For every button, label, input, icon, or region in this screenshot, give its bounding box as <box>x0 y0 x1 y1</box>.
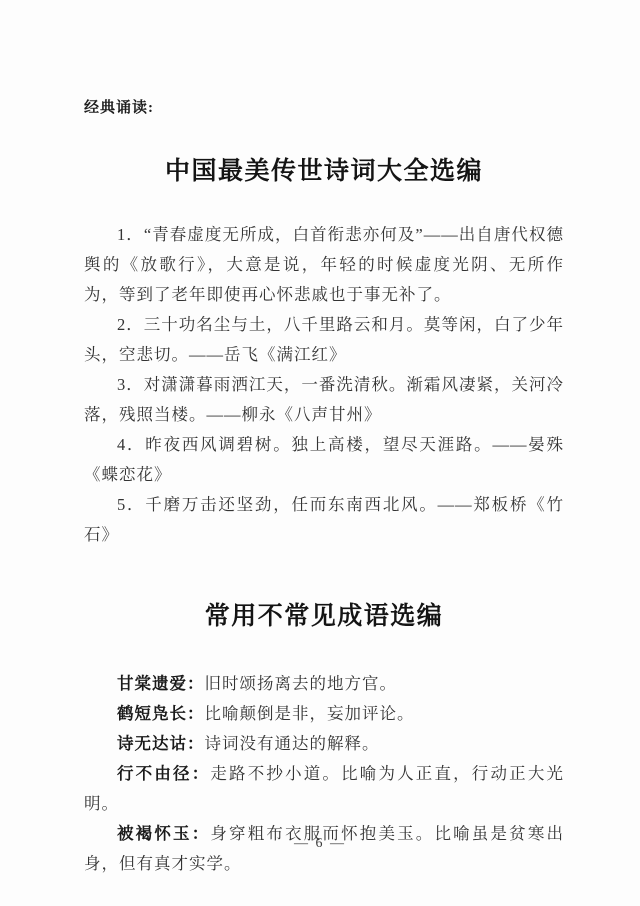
idiom-definition: 诗词没有通达的解释。 <box>205 734 380 753</box>
idiom-row: 行不由径：走路不抄小道。比喻为人正直，行动正大光明。 <box>84 759 564 819</box>
idiom-term: 鹤短凫长： <box>117 704 205 723</box>
poem-item-5: 5．千磨万击还坚劲，任而东南西北风。——郑板桥《竹石》 <box>84 490 564 550</box>
poem-item-3: 3．对潇潇暮雨洒江天，一番洗清秋。渐霜风凄紧，关河冷落，残照当楼。——柳永《八声… <box>84 370 564 430</box>
document-page: 经典诵读: 中国最美传世诗词大全选编 1．“青春虚度无所成，白首衔悲亦何及”——… <box>0 0 640 906</box>
idiom-term: 诗无达诂： <box>117 734 205 753</box>
poem-item-4: 4．昨夜西风调碧树。独上高楼，望尽天涯路。——晏殊《蝶恋花》 <box>84 430 564 490</box>
idiom-row: 鹤短凫长：比喻颠倒是非，妄加评论。 <box>84 699 564 729</box>
idiom-term: 行不由径： <box>117 764 210 783</box>
poem-list: 1．“青春虚度无所成，白首衔悲亦何及”——出自唐代权德舆的《放歌行》，大意是说，… <box>84 220 564 550</box>
poem-item-2: 2．三十功名尘与土，八千里路云和月。莫等闲，白了少年头，空悲切。——岳飞《满江红… <box>84 310 564 370</box>
idiom-definition: 旧时颂扬离去的地方官。 <box>205 674 398 693</box>
page-content: 经典诵读: 中国最美传世诗词大全选编 1．“青春虚度无所成，白首衔悲亦何及”——… <box>0 0 640 879</box>
idiom-row: 诗无达诂：诗词没有通达的解释。 <box>84 729 564 759</box>
idiom-term: 甘棠遗爱： <box>117 674 205 693</box>
idiom-row: 甘棠遗爱：旧时颂扬离去的地方官。 <box>84 669 564 699</box>
idioms-section-title: 常用不常见成语选编 <box>84 600 564 633</box>
poem-item-1: 1．“青春虚度无所成，白首衔悲亦何及”——出自唐代权德舆的《放歌行》，大意是说，… <box>84 220 564 310</box>
doc-label: 经典诵读: <box>84 96 564 117</box>
page-number: — 6 — <box>0 836 640 852</box>
poems-section-title: 中国最美传世诗词大全选编 <box>84 155 564 188</box>
idiom-definition: 比喻颠倒是非，妄加评论。 <box>205 704 415 723</box>
